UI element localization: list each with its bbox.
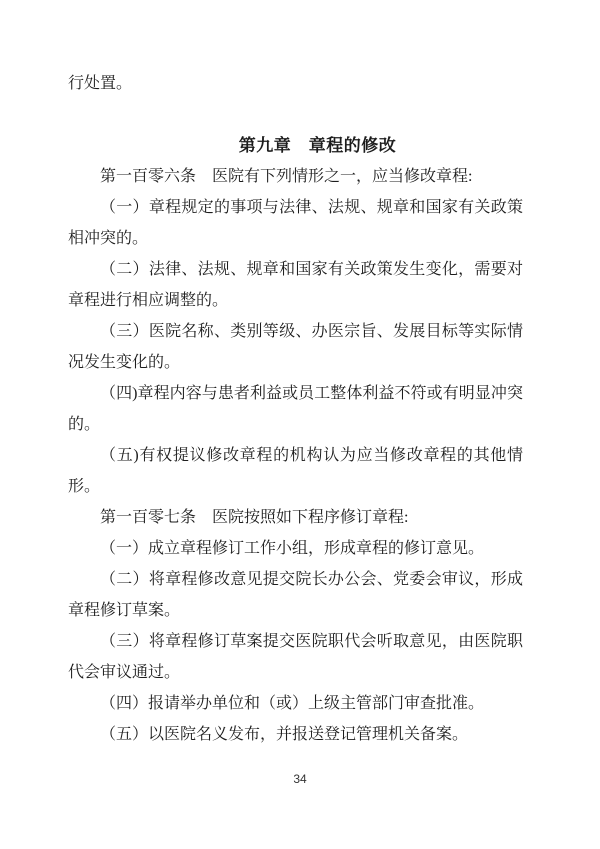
article-106-item-3: （三）医院名称、类别等级、办医宗旨、发展目标等实际情况发生变化的。: [68, 316, 523, 378]
chapter-heading: 第九章 章程的修改: [68, 130, 523, 161]
page-number: 34: [0, 771, 600, 787]
article-107-intro: 第一百零七条 医院按照如下程序修订章程:: [68, 502, 523, 533]
continuation-paragraph: 行处置。: [68, 68, 523, 99]
article-106-item-4: （四)章程内容与患者利益或员工整体利益不符或有明显冲突的。: [68, 378, 523, 440]
article-106-intro: 第一百零六条 医院有下列情形之一，应当修改章程:: [68, 161, 523, 192]
article-106-item-2: （二）法律、法规、规章和国家有关政策发生变化，需要对章程进行相应调整的。: [68, 254, 523, 316]
article-106-item-1: （一）章程规定的事项与法律、法规、规章和国家有关政策相冲突的。: [68, 192, 523, 254]
article-107-item-1: （一）成立章程修订工作小组，形成章程的修订意见。: [68, 533, 523, 564]
article-107-item-5: （五）以医院名义发布，并报送登记管理机关备案。: [68, 719, 523, 750]
document-page: 行处置。 第九章 章程的修改 第一百零六条 医院有下列情形之一，应当修改章程: …: [0, 0, 600, 849]
article-107-item-4: （四）报请举办单位和（或）上级主管部门审查批准。: [68, 688, 523, 719]
document-body: 行处置。 第九章 章程的修改 第一百零六条 医院有下列情形之一，应当修改章程: …: [68, 68, 523, 750]
article-107-item-2: （二）将章程修改意见提交院长办公会、党委会审议，形成章程修订草案。: [68, 564, 523, 626]
article-107-item-3: （三）将章程修订草案提交医院职代会听取意见，由医院职代会审议通过。: [68, 626, 523, 688]
blank-line: [68, 99, 523, 130]
article-106-item-5: （五)有权提议修改章程的机构认为应当修改章程的其他情形。: [68, 440, 523, 502]
